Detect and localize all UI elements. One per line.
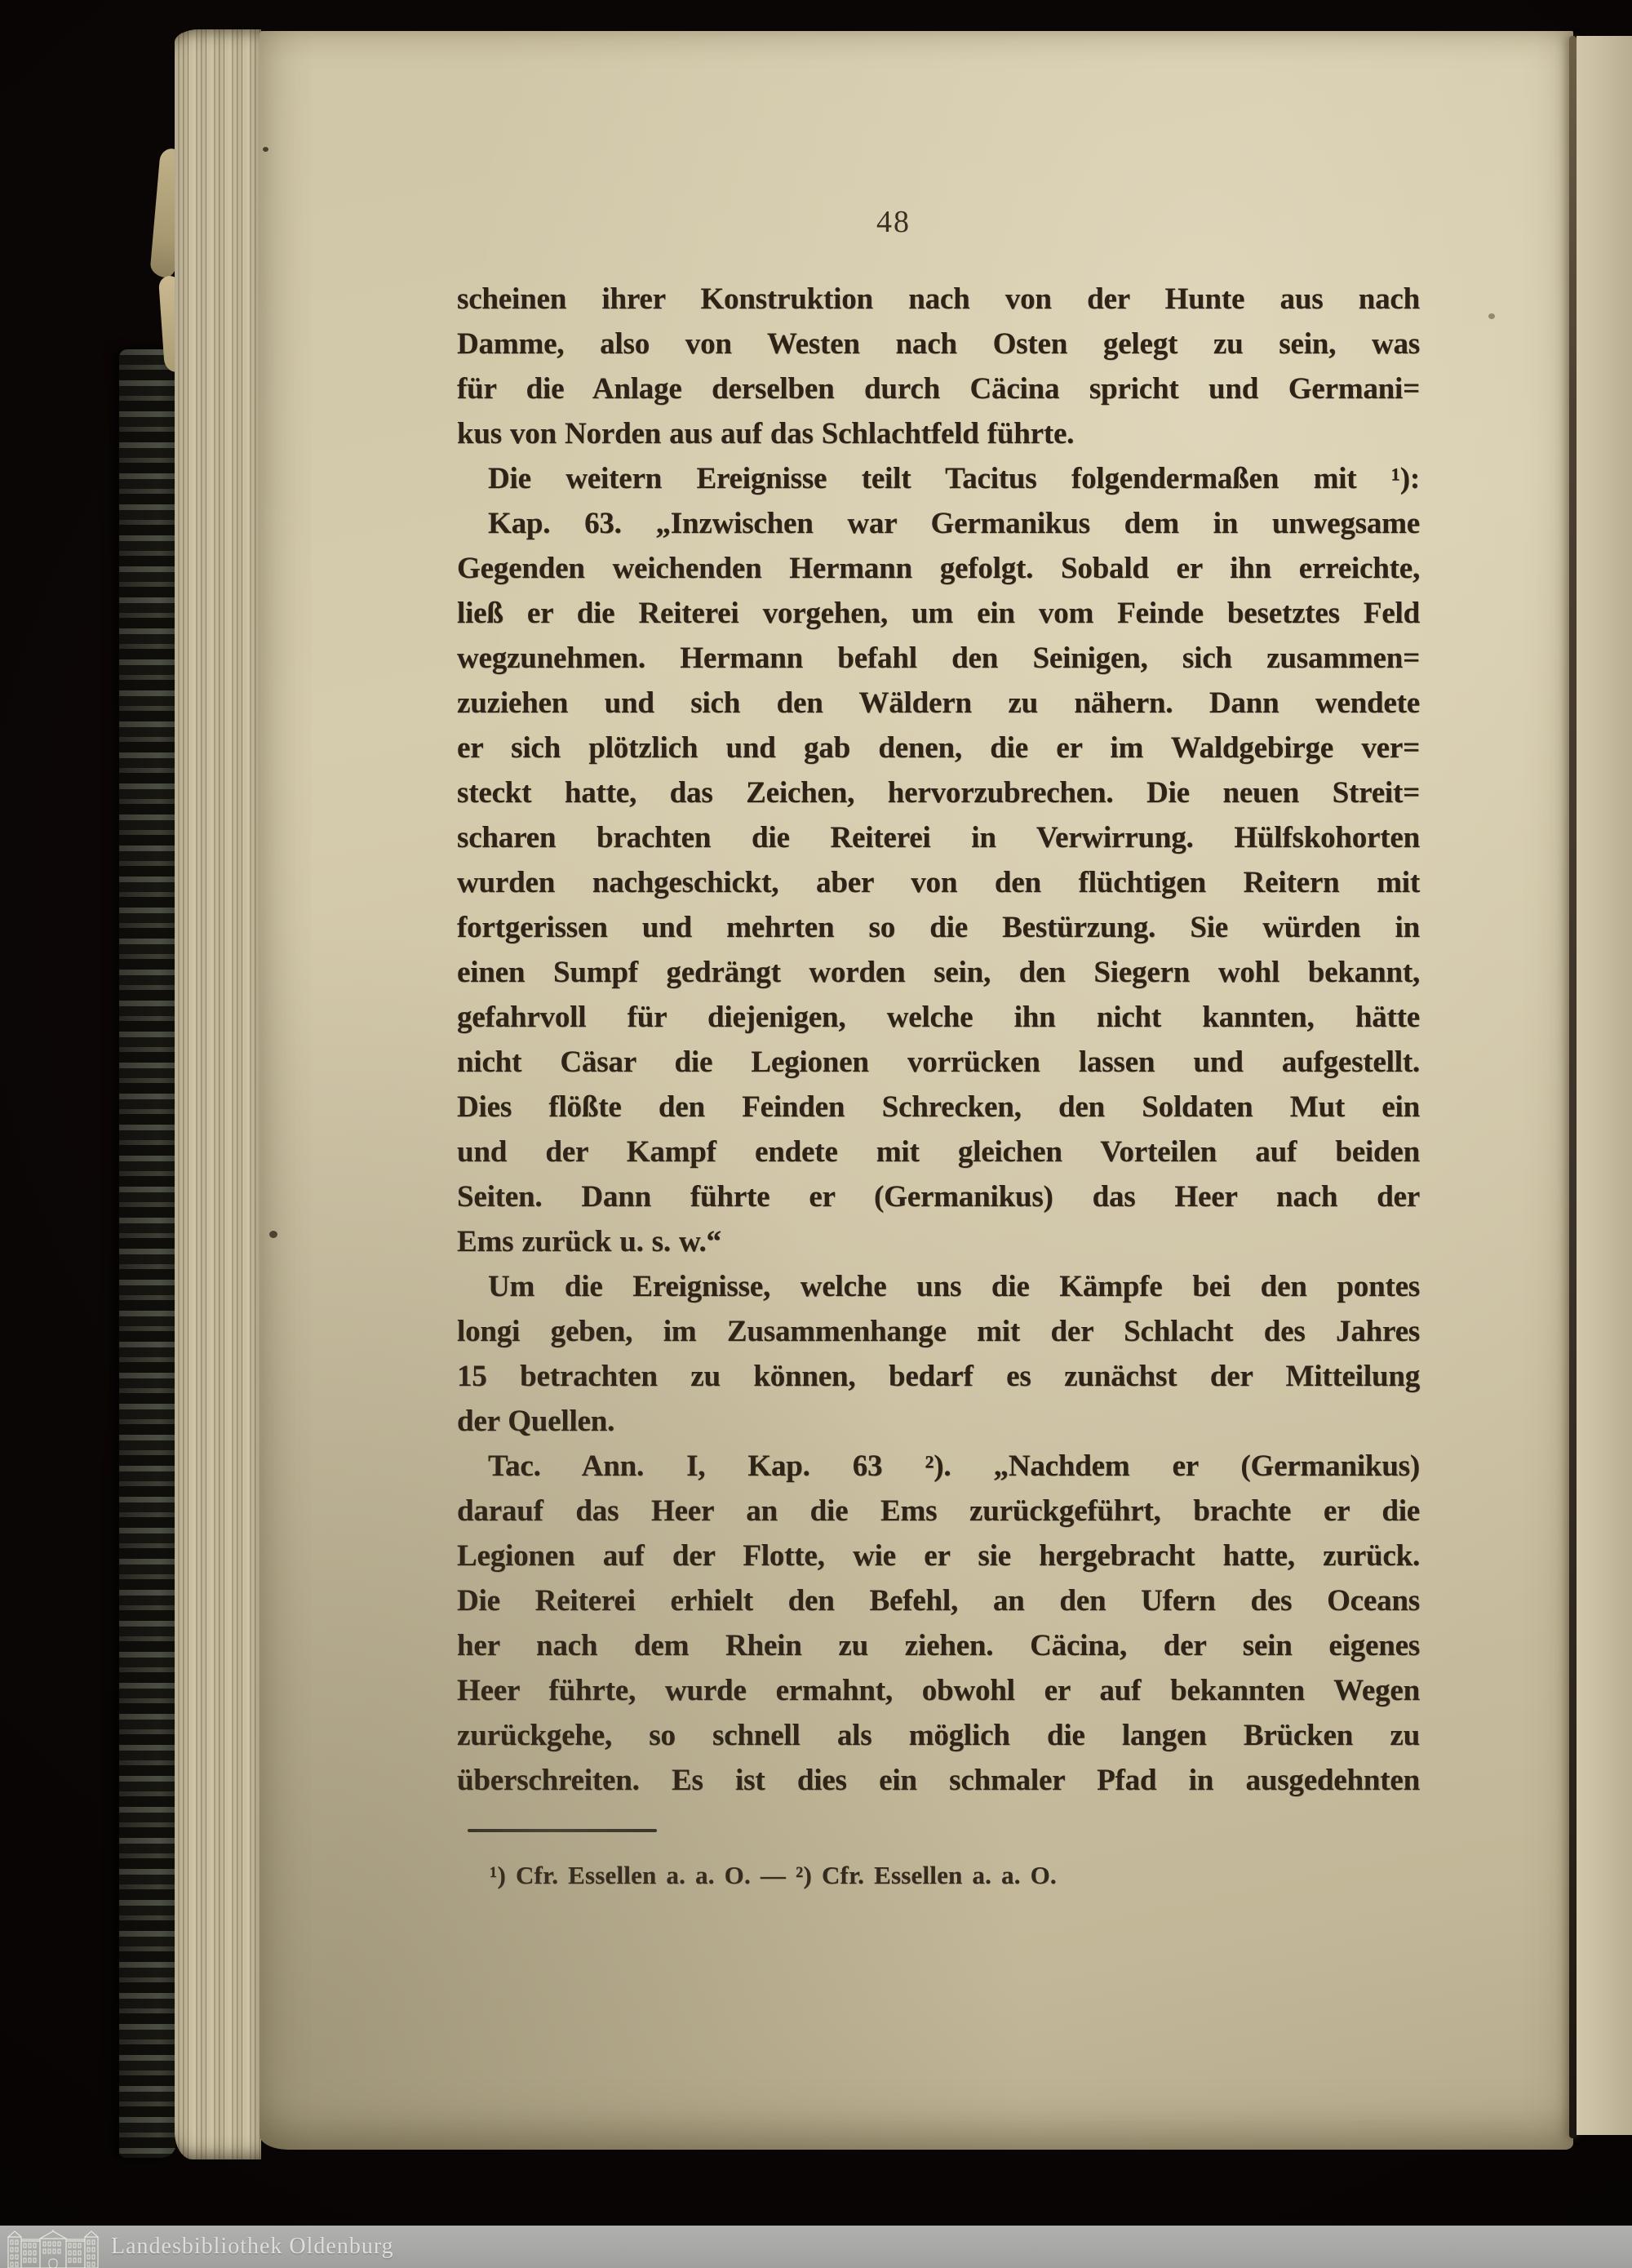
text-line: zurückgehe, so schnell als möglich die l… [457,1713,1420,1758]
text-line: longi geben, im Zusammenhange mit der Sc… [457,1309,1420,1354]
book-spine-deckle-edges [119,349,176,2158]
body-text: scheinen ihrer Konstruktion nach von der… [457,277,1420,1803]
text-line: Ems zurück u. s. w.“ [457,1219,1420,1264]
text-line: Die weitern Ereignisse teilt Tacitus fol… [457,456,1420,501]
text-line: Kap. 63. „Inzwischen war Germanikus dem … [457,501,1420,546]
text-line: Tac. Ann. I, Kap. 63 ²). „Nachdem er (Ge… [457,1444,1420,1489]
facing-page-sliver [1577,36,1632,2135]
library-watermark-bar: Landesbibliothek Oldenburg [0,2226,1632,2268]
paper-speck [263,147,268,152]
text-line: wegzunehmen. Hermann befahl den Seinigen… [457,636,1420,681]
text-line: überschreiten. Es ist dies ein schmaler … [457,1758,1420,1803]
text-line: 15 betrachten zu können, bedarf es zunäc… [457,1354,1420,1399]
text-line: Die Reiterei erhielt den Befehl, an den … [457,1578,1420,1623]
text-line: fortgerissen und mehrten so die Bestürzu… [457,905,1420,950]
text-line: scharen brachten die Reiterei in Verwirr… [457,815,1420,860]
footnote-text: ¹) Cfr. Essellen a. a. O. — ²) Cfr. Esse… [490,1861,1420,1890]
text-line: ließ er die Reiterei vorgehen, um ein vo… [457,591,1420,636]
library-building-icon [7,2230,100,2268]
text-line: er sich plötzlich und gab denen, die er … [457,726,1420,770]
text-line: Heer führte, wurde ermahnt, obwohl er au… [457,1668,1420,1713]
text-line: der Quellen. [457,1399,1420,1444]
text-line: für die Anlage derselben durch Cäcina sp… [457,366,1420,411]
paper-speck [269,1231,277,1238]
text-line: Gegenden weichenden Hermann gefolgt. Sob… [457,546,1420,591]
text-line: wurden nachgeschickt, aber von den flüch… [457,860,1420,905]
text-line: nicht Cäsar die Legionen vorrücken lasse… [457,1040,1420,1085]
text-line: her nach dem Rhein zu ziehen. Cäcina, de… [457,1623,1420,1668]
footnote-separator-rule [468,1829,657,1832]
text-line: Seiten. Dann führte er (Germanikus) das … [457,1174,1420,1219]
text-line: Legionen auf der Flotte, wie er sie herg… [457,1533,1420,1578]
book-page: 48 scheinen ihrer Konstruktion nach von … [259,31,1573,2150]
text-line: und der Kampf endete mit gleichen Vortei… [457,1130,1420,1174]
text-line: Um die Ereignisse, welche uns die Kämpfe… [457,1264,1420,1309]
page-edge-stack [175,29,261,2159]
text-line: Dies flößte den Feinden Schrecken, den S… [457,1085,1420,1130]
paper-speck [1488,313,1495,319]
text-line: zuziehen und sich den Wäldern zu nähern.… [457,681,1420,726]
library-name-label: Landesbibliothek Oldenburg [111,2226,394,2268]
text-line: gefahrvoll für diejenigen, welche ihn ni… [457,995,1420,1040]
text-line: Damme, also von Westen nach Osten gelegt… [457,322,1420,366]
text-line: kus von Norden aus auf das Schlachtfeld … [457,411,1420,456]
text-line: scheinen ihrer Konstruktion nach von der… [457,277,1420,322]
text-line: darauf das Heer an die Ems zurückgeführt… [457,1489,1420,1533]
text-line: einen Sumpf gedrängt worden sein, den Si… [457,950,1420,995]
page-number: 48 [412,204,1375,240]
page-gutter-fold [1569,36,1577,2138]
scanned-book-photo: 48 scheinen ihrer Konstruktion nach von … [0,0,1632,2268]
text-line: steckt hatte, das Zeichen, hervorzubrech… [457,770,1420,815]
